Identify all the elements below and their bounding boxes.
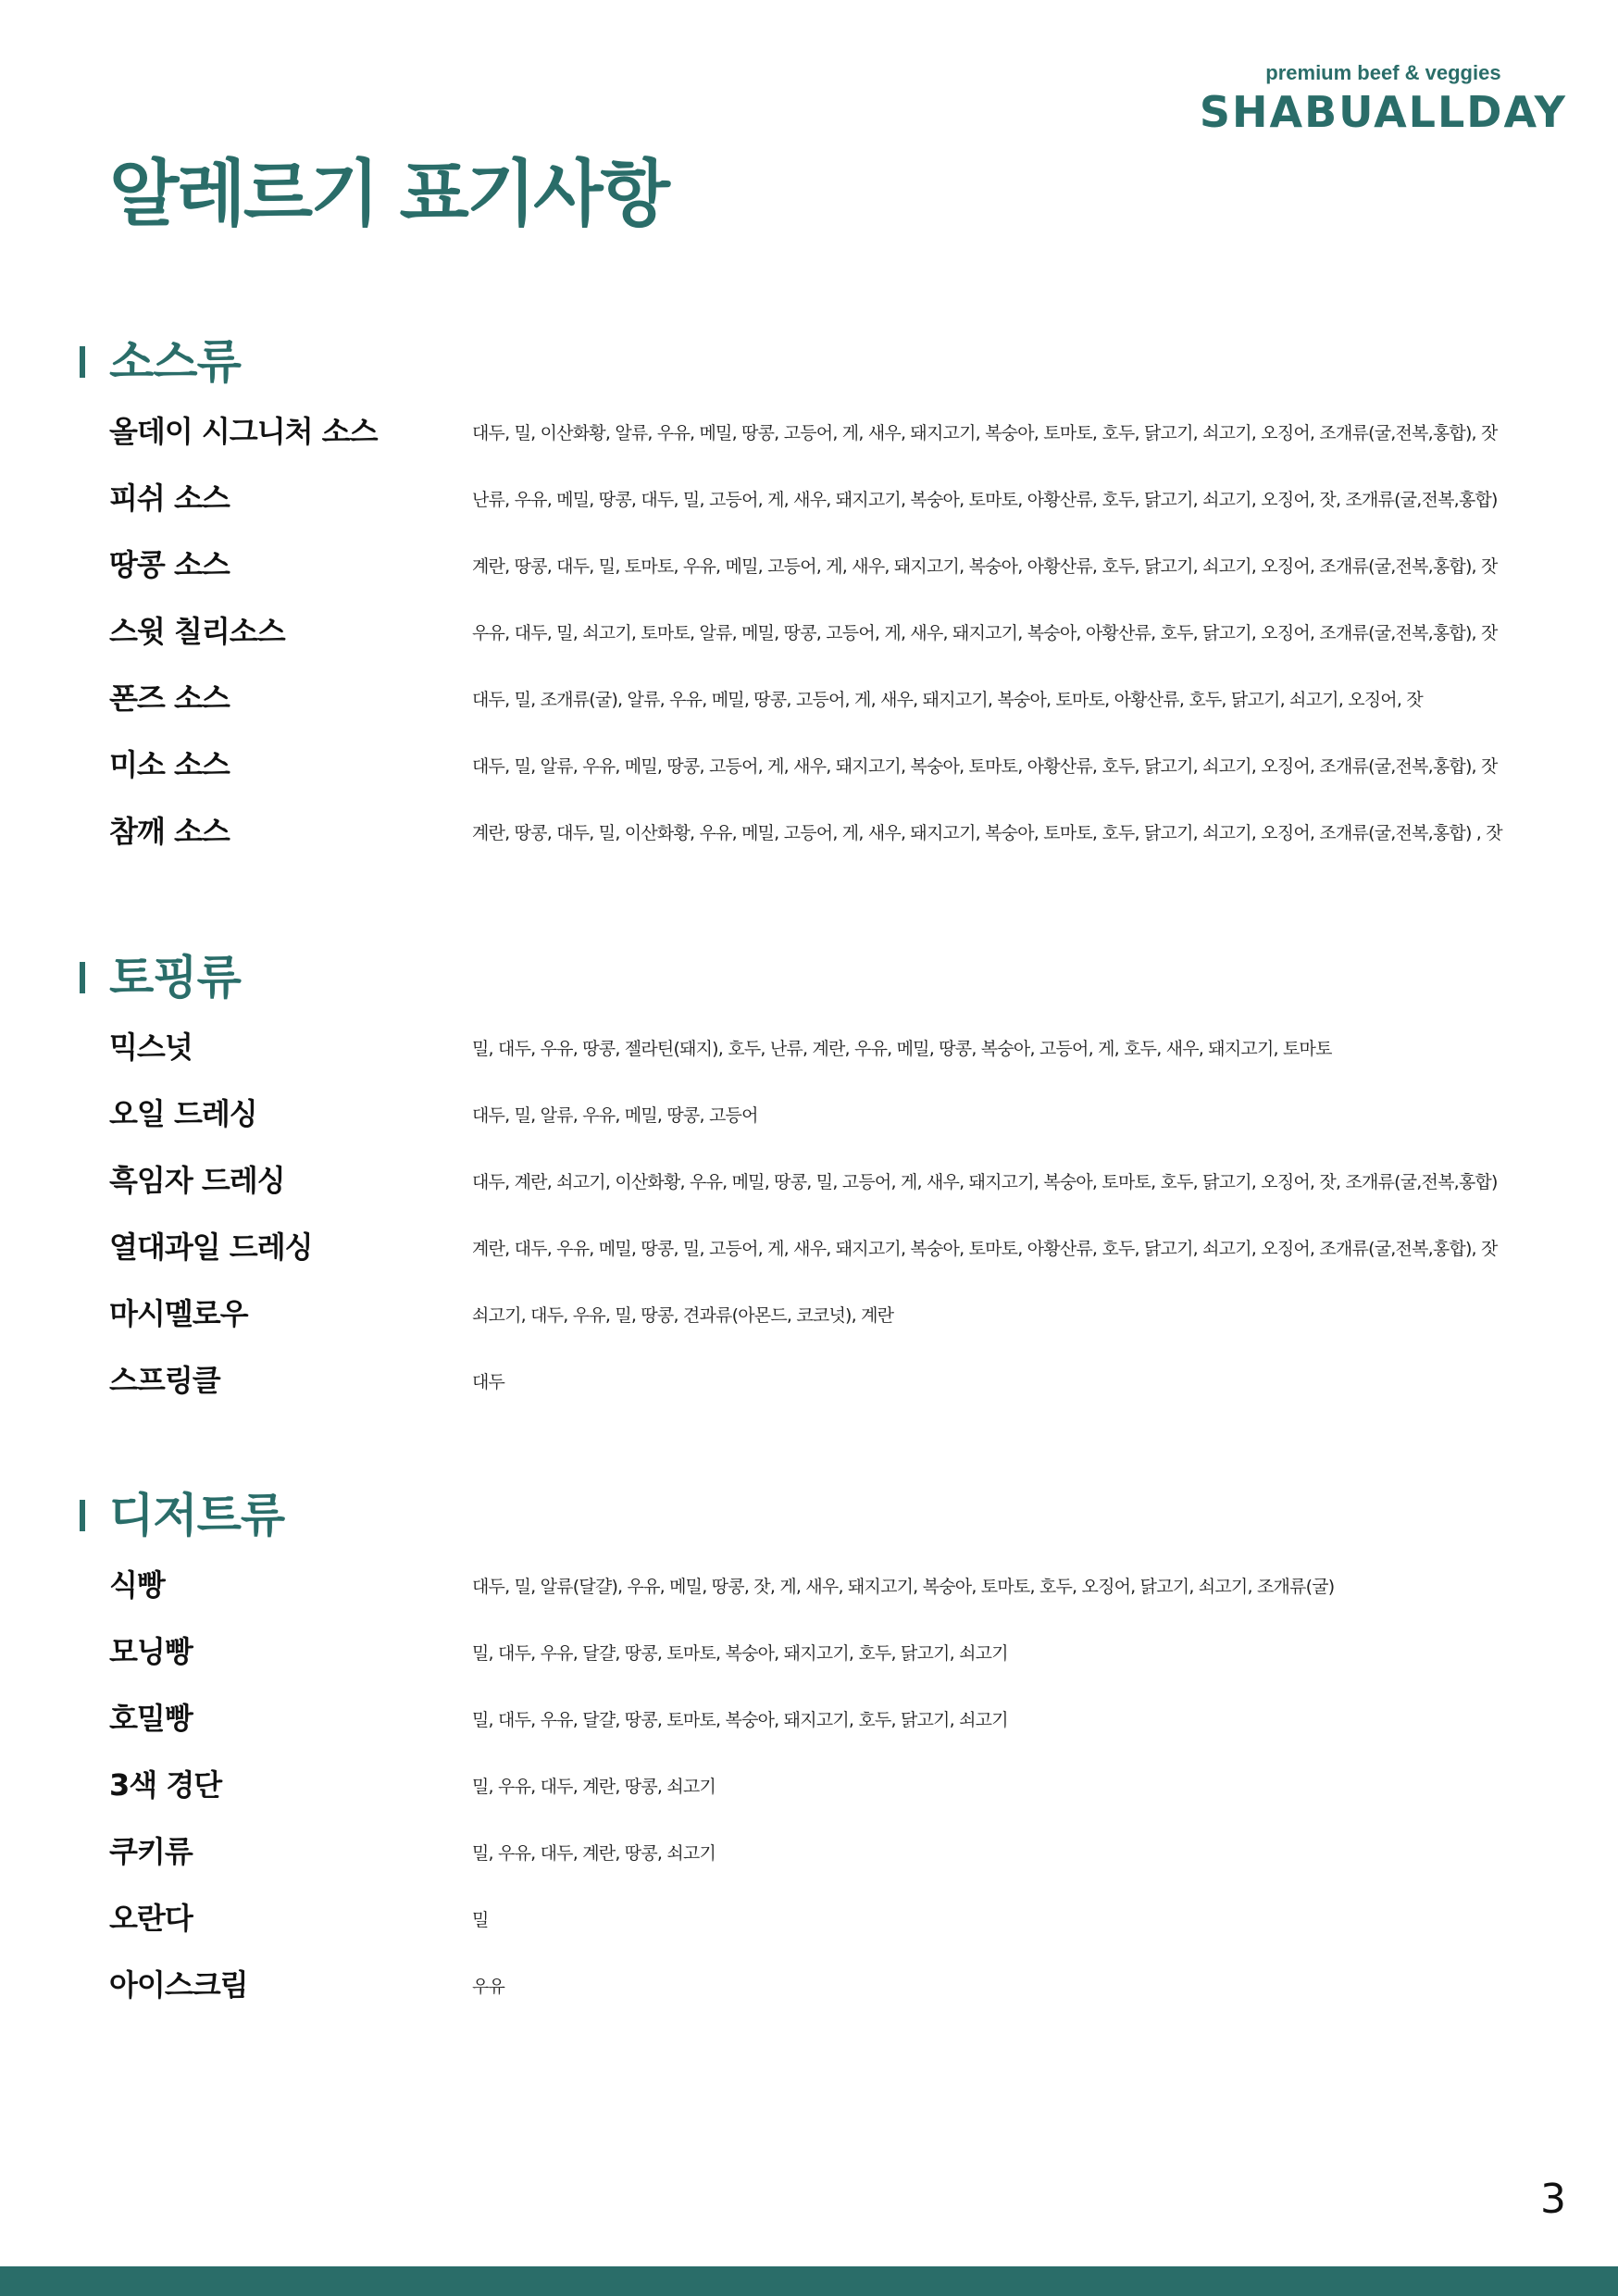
list-item: 스프링클 대두	[0, 1349, 1618, 1416]
item-name: 열대과일 드레싱	[109, 1227, 313, 1267]
item-name: 마시멜로우	[109, 1293, 248, 1334]
list-item: 오일 드레싱 대두, 밀, 알류, 우유, 메밀, 땅콩, 고등어	[0, 1082, 1618, 1149]
item-allergens: 대두, 밀, 알류, 우유, 메밀, 땅콩, 고등어	[472, 1103, 758, 1129]
list-item: 식빵 대두, 밀, 알류(달걀), 우유, 메밀, 땅콩, 잣, 게, 새우, …	[0, 1554, 1618, 1620]
footer-bar	[0, 2266, 1618, 2296]
list-item: 참깨 소스 계란, 땅콩, 대두, 밀, 이산화황, 우유, 메밀, 고등어, …	[0, 800, 1618, 867]
item-name: 스프링클	[109, 1360, 220, 1401]
list-item: 폰즈 소스 대두, 밀, 조개류(굴), 알류, 우유, 메밀, 땅콩, 고등어…	[0, 667, 1618, 733]
item-allergens: 난류, 우유, 메밀, 땅콩, 대두, 밀, 고등어, 게, 새우, 돼지고기,…	[472, 487, 1498, 513]
brand-tagline: premium beef & veggies	[1200, 61, 1567, 85]
item-allergens: 대두, 계란, 쇠고기, 이산화황, 우유, 메밀, 땅콩, 밀, 고등어, 게…	[472, 1169, 1498, 1195]
brand-name: SHABUALLDAY	[1200, 89, 1567, 135]
item-name: 올데이 시그니처 소스	[109, 411, 378, 452]
item-allergens: 우유	[472, 1974, 504, 2000]
list-item: 땅콩 소스 계란, 땅콩, 대두, 밀, 토마토, 우유, 메밀, 고등어, 게…	[0, 533, 1618, 600]
brand-logo: premium beef & veggies SHABUALLDAY	[1200, 61, 1567, 135]
item-name: 쿠키류	[109, 1831, 193, 1872]
item-name: 오일 드레싱	[109, 1093, 257, 1134]
list-item: 오란다 밀	[0, 1887, 1618, 1953]
list-item: 3색 경단 밀, 우유, 대두, 계란, 땅콩, 쇠고기	[0, 1753, 1618, 1820]
item-allergens: 밀, 대두, 우유, 달걀, 땅콩, 토마토, 복숭아, 돼지고기, 호두, 닭…	[472, 1641, 1008, 1666]
item-allergens: 대두, 밀, 조개류(굴), 알류, 우유, 메밀, 땅콩, 고등어, 게, 새…	[472, 687, 1423, 713]
item-name: 피쉬 소스	[109, 478, 230, 518]
section-title: 소스류	[109, 330, 241, 394]
list-item: 열대과일 드레싱 계란, 대두, 우유, 메밀, 땅콩, 밀, 고등어, 게, …	[0, 1216, 1618, 1282]
section-desserts: 디저트류 식빵 대두, 밀, 알류(달걀), 우유, 메밀, 땅콩, 잣, 게,…	[0, 1479, 1618, 2020]
item-allergens: 밀, 대두, 우유, 땅콩, 젤라틴(돼지), 호두, 난류, 계란, 우유, …	[472, 1036, 1332, 1062]
item-name: 흑임자 드레싱	[109, 1160, 285, 1201]
item-allergens: 밀	[472, 1907, 489, 1933]
section-header: 디저트류	[0, 1479, 1618, 1554]
section-toppings: 토핑류 믹스넛 밀, 대두, 우유, 땅콩, 젤라틴(돼지), 호두, 난류, …	[0, 942, 1618, 1416]
item-name: 믹스넛	[109, 1027, 193, 1067]
item-allergens: 계란, 땅콩, 대두, 밀, 이산화황, 우유, 메밀, 고등어, 게, 새우,…	[472, 820, 1502, 846]
item-allergens: 밀, 우유, 대두, 계란, 땅콩, 쇠고기	[472, 1774, 716, 1800]
item-name: 스윗 칠리소스	[109, 611, 285, 652]
section-header: 토핑류	[0, 942, 1618, 1016]
item-allergens: 계란, 땅콩, 대두, 밀, 토마토, 우유, 메밀, 고등어, 게, 새우, …	[472, 554, 1498, 580]
section-bar-marker	[80, 962, 85, 993]
item-name: 아이스크림	[109, 1965, 248, 2005]
item-allergens: 대두, 밀, 이산화황, 알류, 우유, 메밀, 땅콩, 고등어, 게, 새우,…	[472, 420, 1498, 446]
list-item: 믹스넛 밀, 대두, 우유, 땅콩, 젤라틴(돼지), 호두, 난류, 계란, …	[0, 1016, 1618, 1082]
item-name: 땅콩 소스	[109, 544, 230, 585]
section-header: 소스류	[0, 326, 1618, 400]
list-item: 스윗 칠리소스 우유, 대두, 밀, 쇠고기, 토마토, 알류, 메밀, 땅콩,…	[0, 600, 1618, 667]
item-name: 식빵	[109, 1565, 165, 1605]
list-item: 마시멜로우 쇠고기, 대두, 우유, 밀, 땅콩, 견과류(아몬드, 코코넛),…	[0, 1282, 1618, 1349]
list-item: 미소 소스 대두, 밀, 알류, 우유, 메밀, 땅콩, 고등어, 게, 새우,…	[0, 733, 1618, 800]
section-title: 디저트류	[109, 1483, 284, 1548]
list-item: 올데이 시그니처 소스 대두, 밀, 이산화황, 알류, 우유, 메밀, 땅콩,…	[0, 400, 1618, 467]
item-name: 오란다	[109, 1898, 193, 1939]
item-name: 참깨 소스	[109, 811, 230, 852]
item-name: 폰즈 소스	[109, 678, 230, 718]
item-name: 3색 경단	[109, 1765, 221, 1805]
item-allergens: 계란, 대두, 우유, 메밀, 땅콩, 밀, 고등어, 게, 새우, 돼지고기,…	[472, 1236, 1498, 1262]
list-item: 쿠키류 밀, 우유, 대두, 계란, 땅콩, 쇠고기	[0, 1820, 1618, 1887]
item-allergens: 밀, 우유, 대두, 계란, 땅콩, 쇠고기	[472, 1841, 716, 1866]
page-title: 알레르기 표기사항	[109, 148, 667, 241]
list-item: 아이스크림 우유	[0, 1953, 1618, 2020]
section-sauces: 소스류 올데이 시그니처 소스 대두, 밀, 이산화황, 알류, 우유, 메밀,…	[0, 326, 1618, 867]
item-allergens: 우유, 대두, 밀, 쇠고기, 토마토, 알류, 메밀, 땅콩, 고등어, 게,…	[472, 620, 1498, 646]
list-item: 흑임자 드레싱 대두, 계란, 쇠고기, 이산화황, 우유, 메밀, 땅콩, 밀…	[0, 1149, 1618, 1216]
section-bar-marker	[80, 1500, 85, 1531]
list-item: 피쉬 소스 난류, 우유, 메밀, 땅콩, 대두, 밀, 고등어, 게, 새우,…	[0, 467, 1618, 533]
item-name: 모닝빵	[109, 1631, 193, 1672]
item-allergens: 밀, 대두, 우유, 달걀, 땅콩, 토마토, 복숭아, 돼지고기, 호두, 닭…	[472, 1707, 1008, 1733]
list-item: 모닝빵 밀, 대두, 우유, 달걀, 땅콩, 토마토, 복숭아, 돼지고기, 호…	[0, 1620, 1618, 1687]
item-name: 미소 소스	[109, 744, 230, 785]
item-allergens: 대두, 밀, 알류(달걀), 우유, 메밀, 땅콩, 잣, 게, 새우, 돼지고…	[472, 1574, 1334, 1600]
item-name: 호밀빵	[109, 1698, 193, 1739]
section-title: 토핑류	[109, 945, 241, 1010]
section-bar-marker	[80, 346, 85, 378]
list-item: 호밀빵 밀, 대두, 우유, 달걀, 땅콩, 토마토, 복숭아, 돼지고기, 호…	[0, 1687, 1618, 1753]
page-number: 3	[1540, 2176, 1566, 2223]
item-allergens: 쇠고기, 대두, 우유, 밀, 땅콩, 견과류(아몬드, 코코넛), 계란	[472, 1303, 893, 1329]
item-allergens: 대두, 밀, 알류, 우유, 메밀, 땅콩, 고등어, 게, 새우, 돼지고기,…	[472, 754, 1498, 780]
item-allergens: 대두	[472, 1369, 504, 1395]
